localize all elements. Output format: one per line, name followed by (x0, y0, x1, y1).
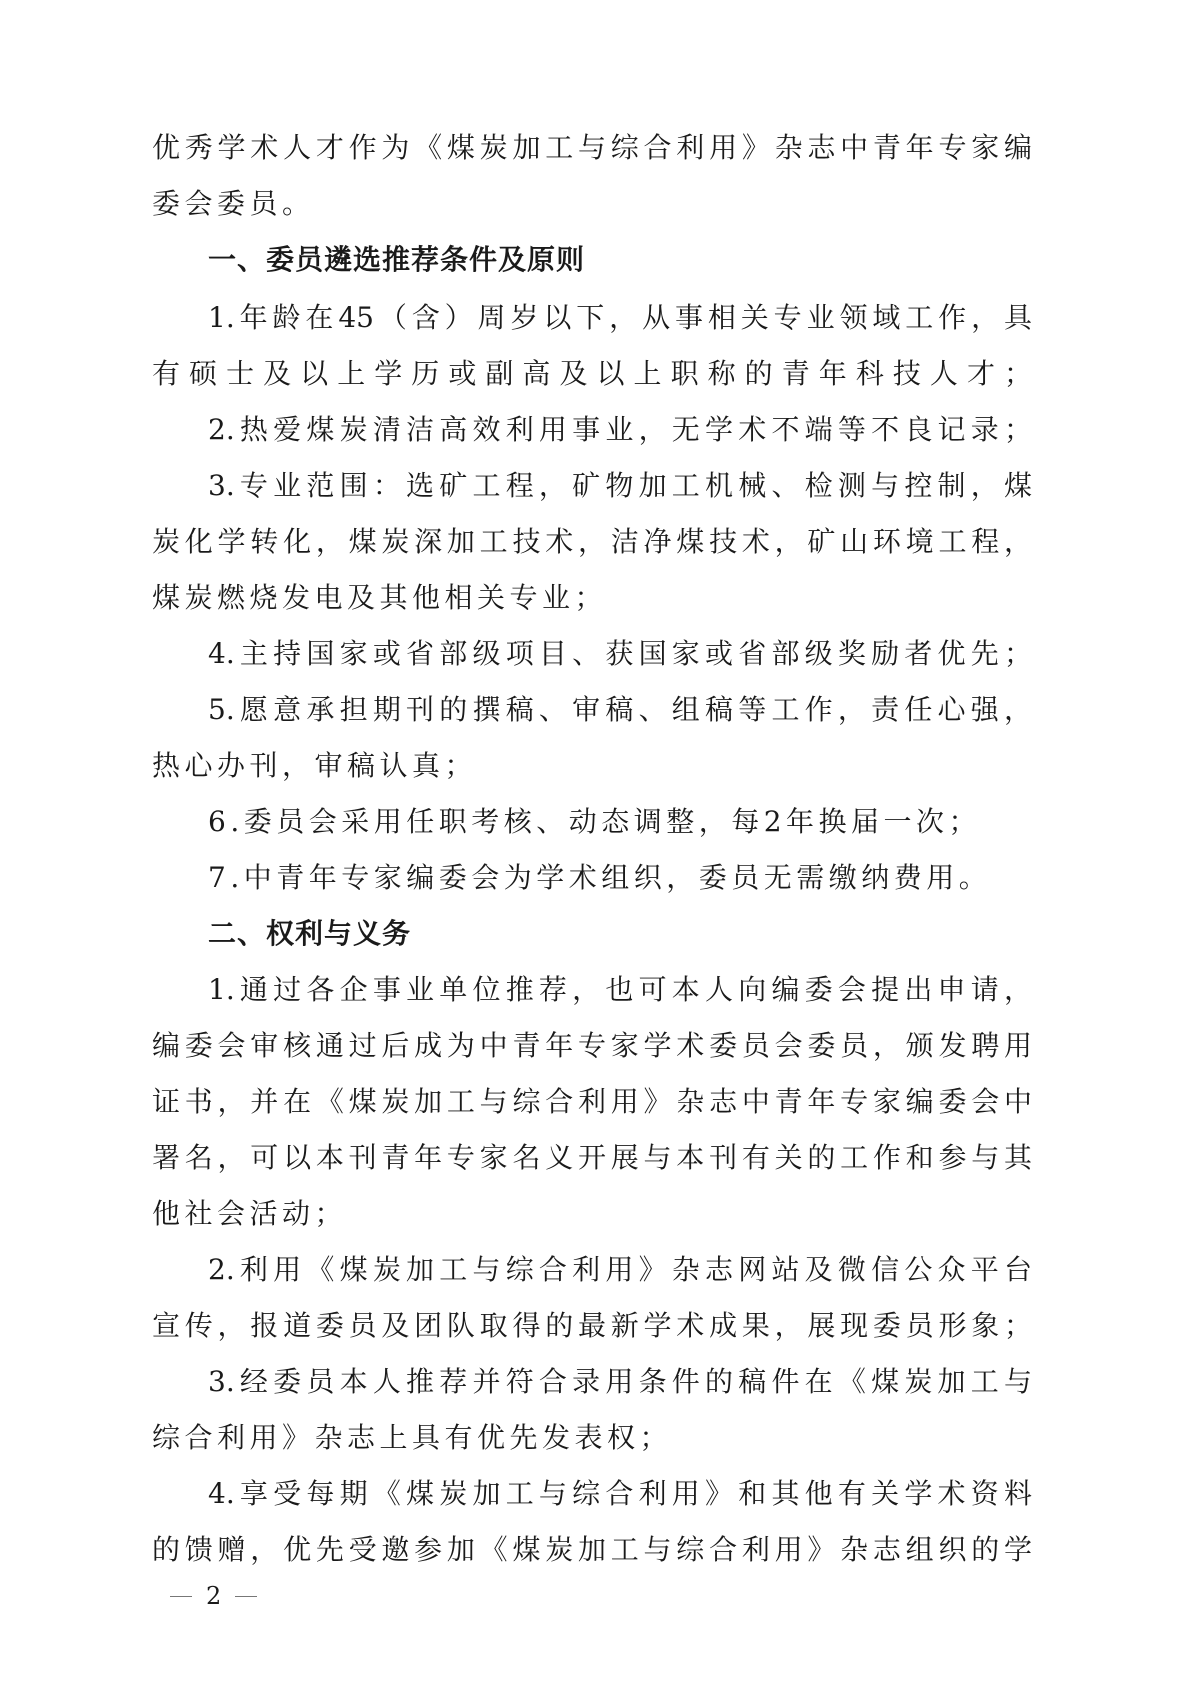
paragraph-line: 1.年龄在45（含）周岁以下，从事相关专业领域工作，具 (208, 290, 1032, 346)
paragraph-line: 3.专业范围：选矿工程，矿物加工机械、检测与控制，煤 (208, 458, 1032, 514)
paragraph-line: 4.享受每期《煤炭加工与综合利用》和其他有关学术资料 (208, 1466, 1032, 1522)
paragraph-line: 证书，并在《煤炭加工与综合利用》杂志中青年专家编委会中 (152, 1074, 1032, 1130)
paragraph-line: 6.委员会采用任职考核、动态调整，每2年换届一次； (208, 794, 1032, 850)
section-heading-2: 二、权利与义务 (208, 906, 1032, 962)
paragraph-line: 1.通过各企事业单位推荐，也可本人向编委会提出申请， (208, 962, 1032, 1018)
paragraph-line: 7.中青年专家编委会为学术组织，委员无需缴纳费用。 (208, 850, 1032, 906)
paragraph-line: 5.愿意承担期刊的撰稿、审稿、组稿等工作，责任心强， (208, 682, 1032, 738)
paragraph-line: 2.热爱煤炭清洁高效利用事业，无学术不端等不良记录； (208, 402, 1032, 458)
paragraph-line: 的馈赠，优先受邀参加《煤炭加工与综合利用》杂志组织的学 (152, 1522, 1032, 1578)
paragraph-line: 署名，可以本刊青年专家名义开展与本刊有关的工作和参与其 (152, 1130, 1032, 1186)
paragraph-line: 他社会活动； (152, 1186, 1032, 1242)
paragraph-line: 煤炭燃烧发电及其他相关专业； (152, 570, 1032, 626)
page-number: 2 (206, 1578, 221, 1614)
paragraph-line: 委会委员。 (152, 176, 1032, 232)
paragraph-line: 有硕士及以上学历或副高及以上职称的青年科技人才； (152, 346, 1032, 402)
paragraph-line: 宣传，报道委员及团队取得的最新学术成果，展现委员形象； (152, 1298, 1032, 1354)
paragraph-line: 2.利用《煤炭加工与综合利用》杂志网站及微信公众平台 (208, 1242, 1032, 1298)
paragraph-line: 编委会审核通过后成为中青年专家学术委员会委员，颁发聘用 (152, 1018, 1032, 1074)
paragraph-line: 炭化学转化，煤炭深加工技术，洁净煤技术，矿山环境工程， (152, 514, 1032, 570)
page-footer: 2 (170, 1578, 257, 1614)
section-heading-1: 一、委员遴选推荐条件及原则 (208, 232, 1032, 288)
paragraph-line: 优秀学术人才作为《煤炭加工与综合利用》杂志中青年专家编 (152, 120, 1032, 176)
paragraph-line: 3.经委员本人推荐并符合录用条件的稿件在《煤炭加工与 (208, 1354, 1032, 1410)
paragraph-line: 热心办刊，审稿认真； (152, 738, 1032, 794)
page-number-dash-left (170, 1596, 192, 1597)
document-page: 优秀学术人才作为《煤炭加工与综合利用》杂志中青年专家编 委会委员。 一、委员遴选… (0, 0, 1190, 1682)
page-number-dash-right (235, 1596, 257, 1597)
paragraph-line: 4.主持国家或省部级项目、获国家或省部级奖励者优先； (208, 626, 1032, 682)
paragraph-line: 综合利用》杂志上具有优先发表权； (152, 1410, 1032, 1466)
